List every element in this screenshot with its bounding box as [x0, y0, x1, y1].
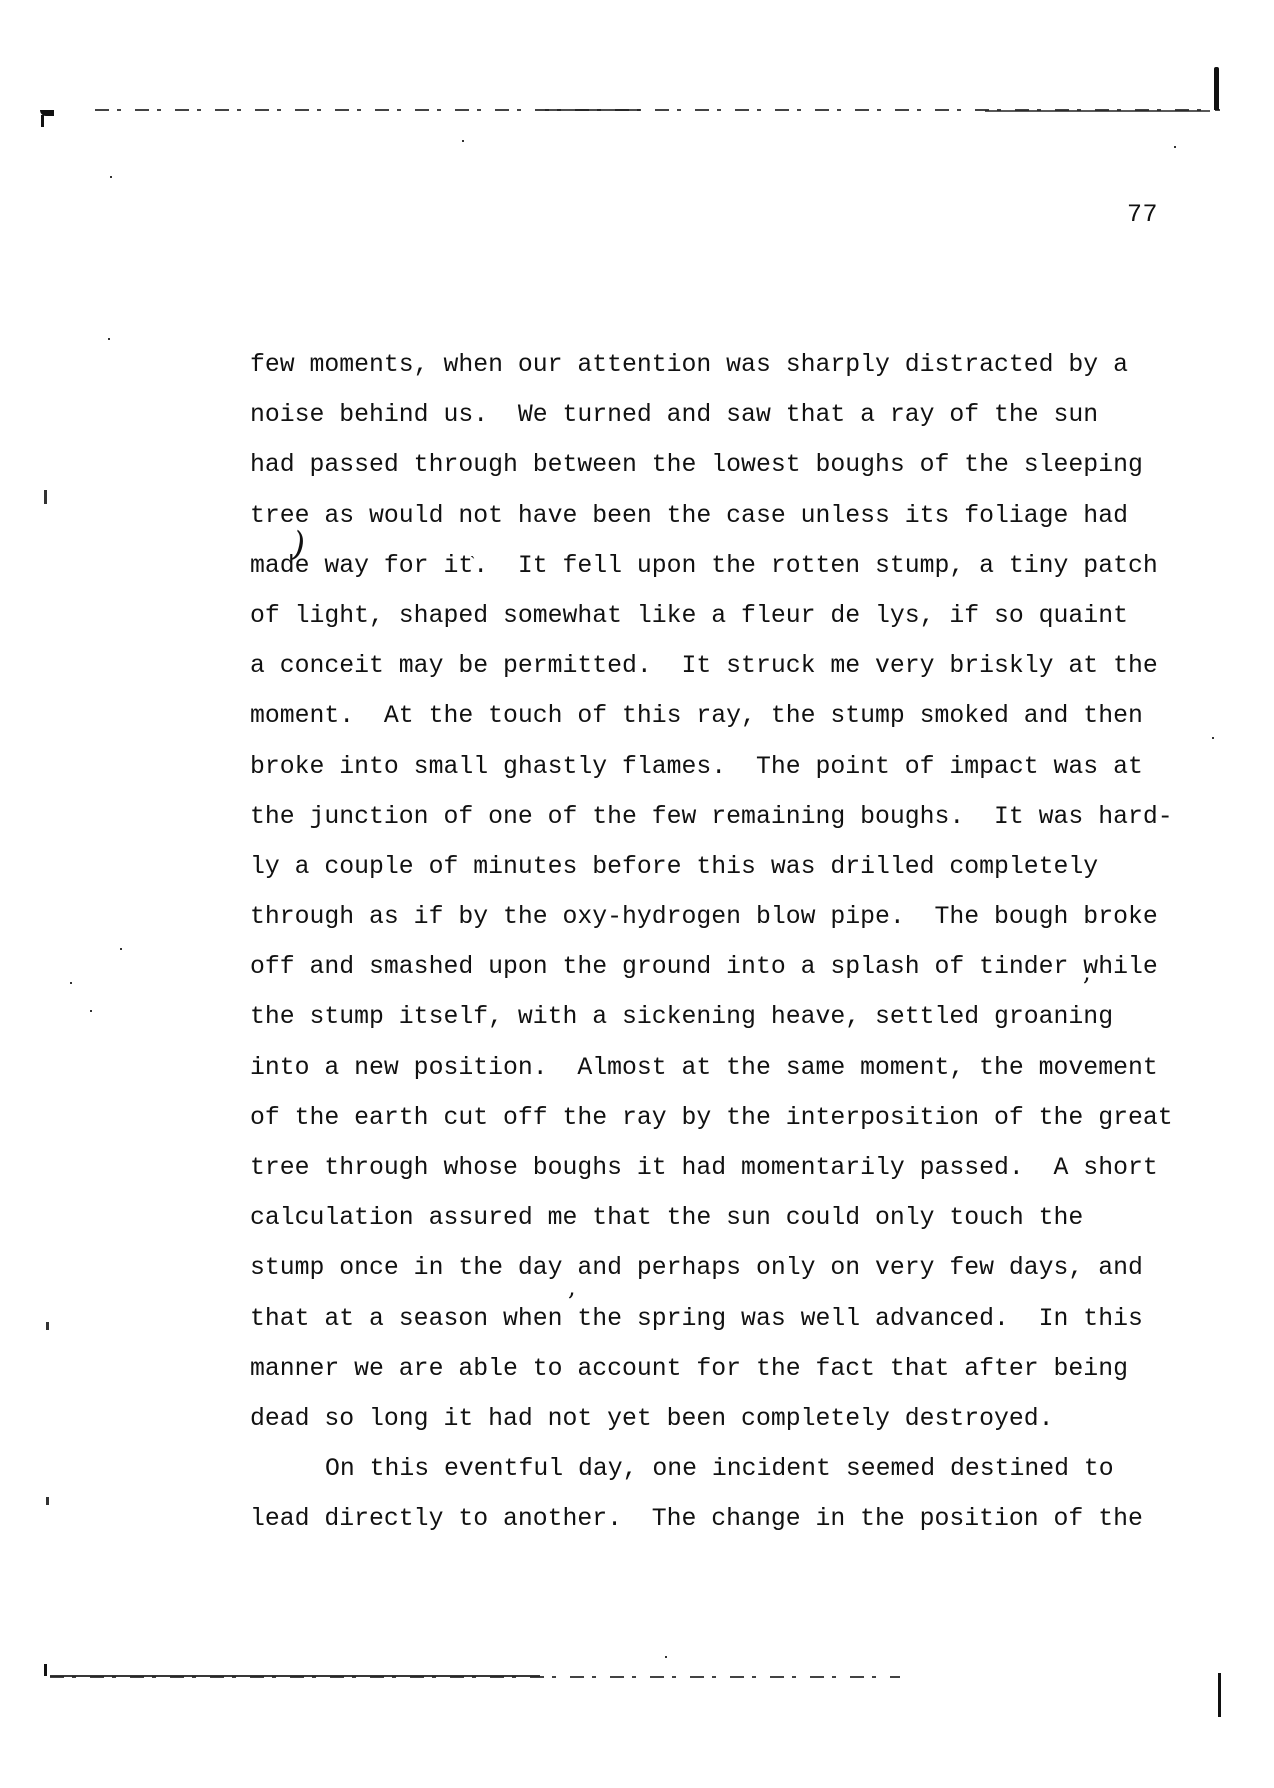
page-number: 77 [1127, 200, 1158, 230]
text-line: of light, shaped somewhat like a fleur d… [250, 601, 1230, 651]
scan-speck [665, 1656, 667, 1658]
text-line: dead so long it had not yet been complet… [250, 1404, 1230, 1454]
top-rule-segment-right [985, 110, 1210, 112]
handwritten-comma-mark: , [1083, 960, 1091, 984]
handwritten-accent-mark: ˏ [470, 542, 475, 558]
text-line: of the earth cut off the ray by the inte… [250, 1103, 1230, 1153]
text-line: that at a season when the spring was wel… [250, 1304, 1230, 1354]
text-line: into a new position. Almost at the same … [250, 1053, 1230, 1103]
text-line: the junction of one of the few remaining… [250, 802, 1230, 852]
text-line: On this eventful day, one incident seeme… [250, 1454, 1230, 1504]
text-line: broke into small ghastly flames. The poi… [250, 752, 1230, 802]
top-left-corner-mark [40, 110, 54, 116]
text-line: a conceit may be permitted. It struck me… [250, 651, 1230, 701]
scan-speck [108, 338, 110, 340]
scan-speck [70, 982, 72, 984]
top-right-bar [1214, 67, 1219, 110]
bottom-left-corner-mark [44, 1664, 47, 1676]
text-line: the stump itself, with a sickening heave… [250, 1002, 1230, 1052]
text-line: had passed through between the lowest bo… [250, 450, 1230, 500]
scan-speck [1174, 146, 1176, 148]
bottom-rule-segment [50, 1675, 540, 1677]
text-line: moment. At the touch of this ray, the st… [250, 701, 1230, 751]
bottom-right-bar [1218, 1673, 1221, 1717]
scan-speck [90, 1010, 92, 1012]
text-line: made way for it. It fell upon the rotten… [250, 551, 1230, 601]
top-rule-segment [545, 109, 640, 111]
margin-bar-mark [46, 1322, 49, 1330]
text-line: calculation assured me that the sun coul… [250, 1203, 1230, 1253]
body-text: few moments, when our attention was shar… [250, 350, 1230, 1555]
scan-speck [462, 140, 464, 142]
text-line: few moments, when our attention was shar… [250, 350, 1230, 400]
text-line: through as if by the oxy-hydrogen blow p… [250, 902, 1230, 952]
text-line: noise behind us. We turned and saw that … [250, 400, 1230, 450]
text-line: ly a couple of minutes before this was d… [250, 852, 1230, 902]
margin-bar-mark [44, 490, 47, 504]
text-line: lead directly to another. The change in … [250, 1504, 1230, 1554]
text-line: tree as would not have been the case unl… [250, 501, 1230, 551]
handwritten-comma-mark: , [568, 1275, 576, 1299]
scan-speck [120, 948, 122, 950]
margin-bar-mark [46, 1497, 49, 1505]
text-line: tree through whose boughs it had momenta… [250, 1153, 1230, 1203]
text-line: manner we are able to account for the fa… [250, 1354, 1230, 1404]
scanned-page: 77 few moments, when our attention was s… [0, 0, 1274, 1788]
text-line: stump once in the day and perhaps only o… [250, 1253, 1230, 1303]
scan-speck [110, 176, 112, 178]
